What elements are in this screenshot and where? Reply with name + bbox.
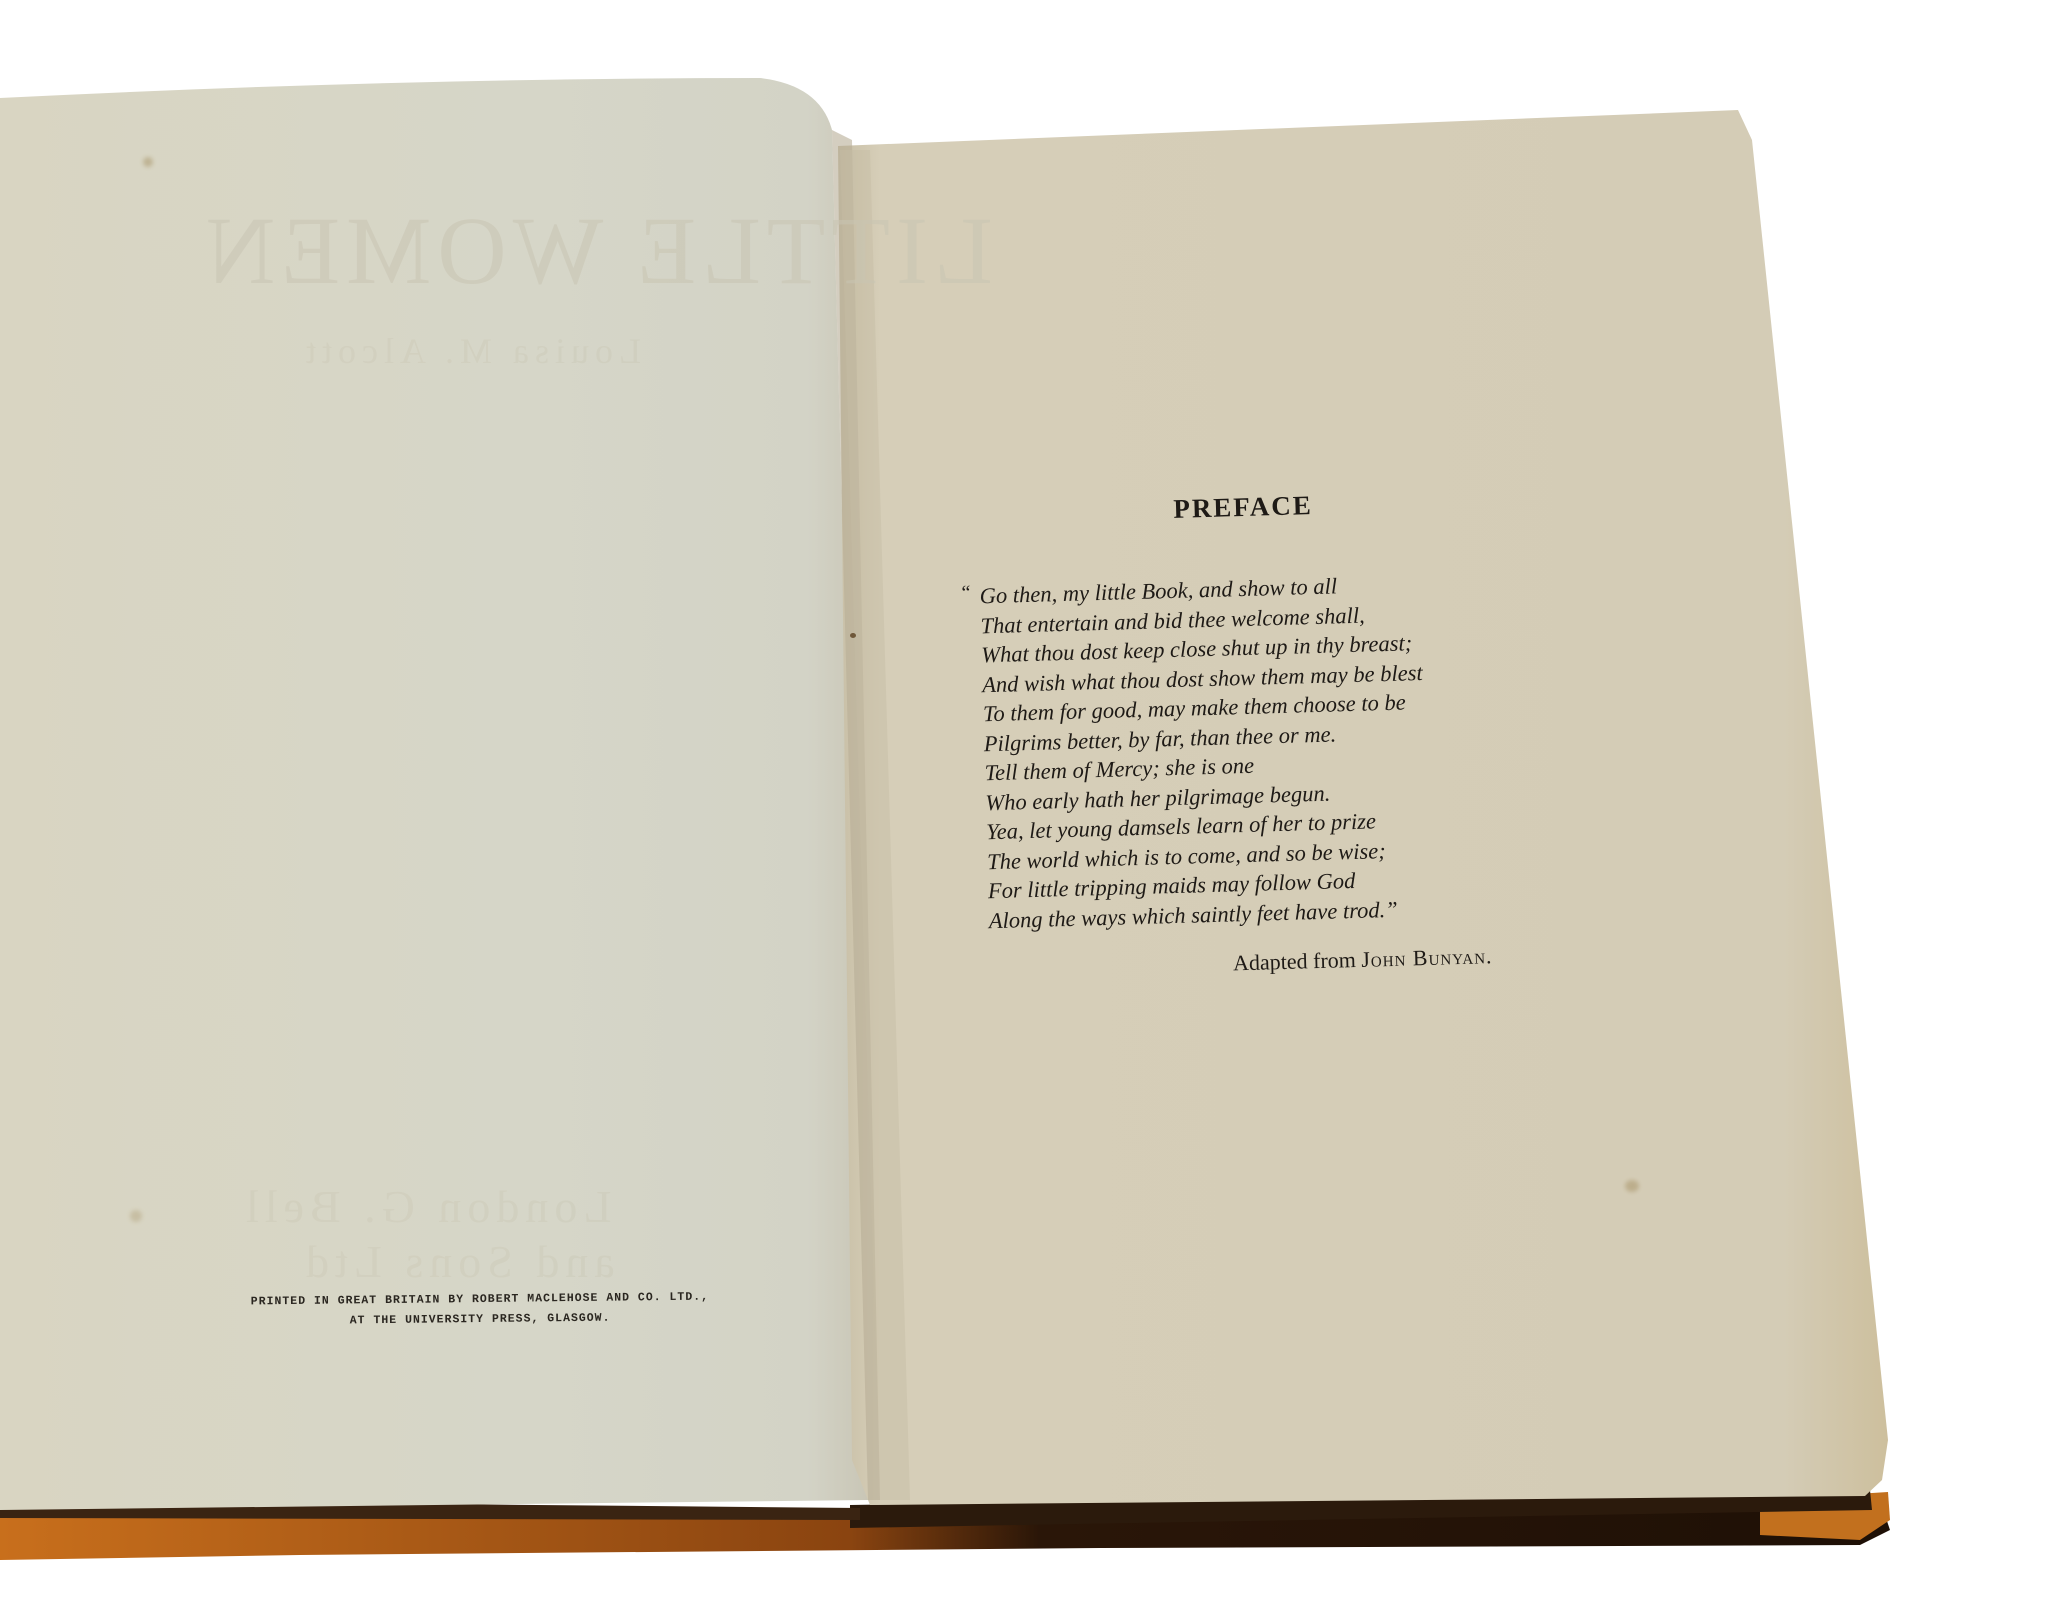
ghost-subtitle-text: Louisa M. Alcott: [300, 330, 641, 372]
attribution-author: John Bunyan.: [1361, 943, 1493, 972]
foxing-spot: [850, 633, 856, 638]
attribution-prefix: Adapted from: [1233, 947, 1356, 975]
ghost-publisher-line-1: London G. Bell: [240, 1180, 611, 1233]
ghost-title-text: LITTLE WOMEN: [200, 195, 993, 306]
book-photo: LITTLE WOMEN Louisa M. Alcott London G. …: [0, 0, 2048, 1623]
ghost-publisher-line-2: and Sons Ltd: [300, 1235, 615, 1288]
poem: Go then, my little Book, and show to all…: [957, 569, 1429, 936]
printer-imprint: PRINTED IN GREAT BRITAIN BY ROBERT MACLE…: [180, 1287, 780, 1333]
foxing-spot: [1625, 1180, 1639, 1192]
preface-title: PREFACE: [1173, 490, 1313, 525]
foxing-spot: [130, 1210, 142, 1222]
foxing-spot: [143, 157, 153, 167]
